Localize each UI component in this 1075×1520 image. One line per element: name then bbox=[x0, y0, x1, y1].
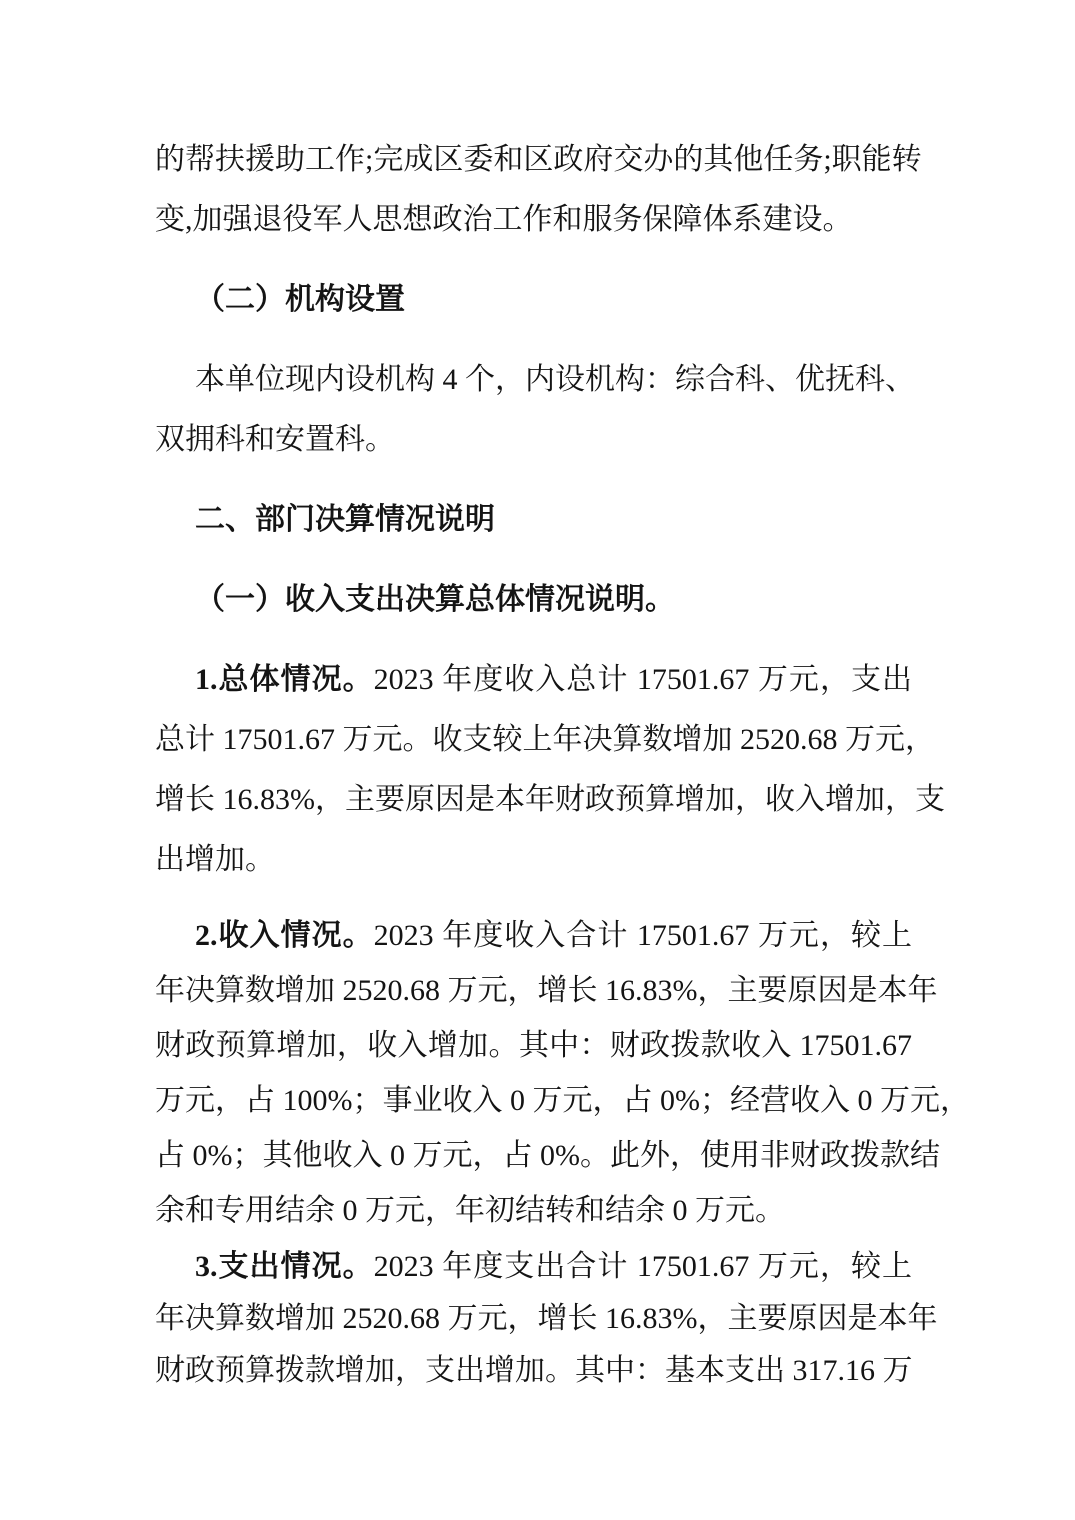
para-2-income: 2.收入情况。2023 年度收入合计 17501.67 万元，较上年决算数增加 … bbox=[155, 908, 912, 1238]
text-line: 增长 16.83%，主要原因是本年财政预算增加，收入增加，支 bbox=[155, 770, 912, 830]
heading-part-2: 二、部门决算情况说明 bbox=[155, 490, 912, 550]
text-segment: 本单位现内设机构 4 个，内设机构：综合科、优抚科、 bbox=[195, 363, 915, 396]
text-line: 财政预算拨款增加，支出增加。其中：基本支出 317.16 万 bbox=[155, 1345, 912, 1397]
text-segment: 财政预算增加，收入增加。其中：财政拨款收入 17501.67 bbox=[155, 1029, 912, 1062]
text-line: 3.支出情况。2023 年度支出合计 17501.67 万元，较上 bbox=[155, 1241, 912, 1293]
text-segment: 变,加强退役军人思想政治工作和服务保障体系建设。 bbox=[155, 203, 853, 236]
text-line: 2.收入情况。2023 年度收入合计 17501.67 万元，较上 bbox=[155, 908, 912, 963]
text-segment: 增长 16.83%，主要原因是本年财政预算增加，收入增加，支 bbox=[155, 783, 945, 816]
text-line: 本单位现内设机构 4 个，内设机构：综合科、优抚科、 bbox=[155, 350, 912, 410]
para-duties-continuation: 的帮扶援助工作;完成区委和区政府交办的其他任务;职能转变,加强退役军人思想政治工… bbox=[155, 130, 912, 250]
text-line: 二、部门决算情况说明 bbox=[155, 490, 912, 550]
text-segment: 总计 17501.67 万元。收支较上年决算数增加 2520.68 万元， bbox=[155, 723, 935, 756]
text-line: 余和专用结余 0 万元，年初结转和结余 0 万元。 bbox=[155, 1183, 912, 1238]
text-line: （一）收入支出决算总体情况说明。 bbox=[155, 570, 912, 630]
bold-text-segment: （二）机构设置 bbox=[195, 283, 405, 316]
text-segment: 2023 年度收入总计 17501.67 万元，支出 bbox=[374, 663, 912, 696]
text-line: 年决算数增加 2520.68 万元，增长 16.83%，主要原因是本年 bbox=[155, 1293, 912, 1345]
text-segment: 万元，占 100%；事业收入 0 万元，占 0%；经营收入 0 万元， bbox=[155, 1084, 970, 1117]
para-org-setup: 本单位现内设机构 4 个，内设机构：综合科、优抚科、双拥科和安置科。 bbox=[155, 350, 912, 470]
text-segment: 的帮扶援助工作;完成区委和区政府交办的其他任务;职能转 bbox=[155, 143, 922, 176]
bold-text-segment: 3.支出情况。 bbox=[195, 1250, 374, 1283]
text-segment: 双拥科和安置科。 bbox=[155, 423, 395, 456]
text-line: 双拥科和安置科。 bbox=[155, 410, 912, 470]
heading-section-1-overview: （一）收入支出决算总体情况说明。 bbox=[155, 570, 912, 630]
text-line: 出增加。 bbox=[155, 830, 912, 890]
text-line: 年决算数增加 2520.68 万元，增长 16.83%，主要原因是本年 bbox=[155, 963, 912, 1018]
text-segment: 余和专用结余 0 万元，年初结转和结余 0 万元。 bbox=[155, 1194, 785, 1227]
text-segment: 年决算数增加 2520.68 万元，增长 16.83%，主要原因是本年 bbox=[155, 1302, 938, 1335]
text-line: 1.总体情况。2023 年度收入总计 17501.67 万元，支出 bbox=[155, 650, 912, 710]
bold-text-segment: 二、部门决算情况说明 bbox=[195, 503, 495, 536]
text-line: 万元，占 100%；事业收入 0 万元，占 0%；经营收入 0 万元， bbox=[155, 1073, 912, 1128]
heading-section-2-org: （二）机构设置 bbox=[155, 270, 912, 330]
text-segment: 2023 年度支出合计 17501.67 万元，较上 bbox=[374, 1250, 912, 1283]
text-segment: 出增加。 bbox=[155, 843, 275, 876]
text-segment: 年决算数增加 2520.68 万元，增长 16.83%，主要原因是本年 bbox=[155, 974, 938, 1007]
text-line: （二）机构设置 bbox=[155, 270, 912, 330]
text-line: 占 0%；其他收入 0 万元，占 0%。此外，使用非财政拨款结 bbox=[155, 1128, 912, 1183]
text-line: 总计 17501.67 万元。收支较上年决算数增加 2520.68 万元， bbox=[155, 710, 912, 770]
para-3-expenditure: 3.支出情况。2023 年度支出合计 17501.67 万元，较上年决算数增加 … bbox=[155, 1241, 912, 1397]
text-line: 财政预算增加，收入增加。其中：财政拨款收入 17501.67 bbox=[155, 1018, 912, 1073]
text-segment: 财政预算拨款增加，支出增加。其中：基本支出 317.16 万 bbox=[155, 1354, 913, 1387]
text-segment: 占 0%；其他收入 0 万元，占 0%。此外，使用非财政拨款结 bbox=[155, 1139, 940, 1172]
bold-text-segment: 2.收入情况。 bbox=[195, 919, 374, 952]
para-1-overall: 1.总体情况。2023 年度收入总计 17501.67 万元，支出总计 1750… bbox=[155, 650, 912, 890]
text-segment: 2023 年度收入合计 17501.67 万元，较上 bbox=[374, 919, 912, 952]
text-line: 的帮扶援助工作;完成区委和区政府交办的其他任务;职能转 bbox=[155, 130, 912, 190]
document-body: 的帮扶援助工作;完成区委和区政府交办的其他任务;职能转变,加强退役军人思想政治工… bbox=[155, 0, 912, 1397]
bold-text-segment: 1.总体情况。 bbox=[195, 663, 374, 696]
text-line: 变,加强退役军人思想政治工作和服务保障体系建设。 bbox=[155, 190, 912, 250]
bold-text-segment: （一）收入支出决算总体情况说明。 bbox=[195, 583, 675, 616]
document-page: 的帮扶援助工作;完成区委和区政府交办的其他任务;职能转变,加强退役军人思想政治工… bbox=[0, 0, 1075, 1520]
